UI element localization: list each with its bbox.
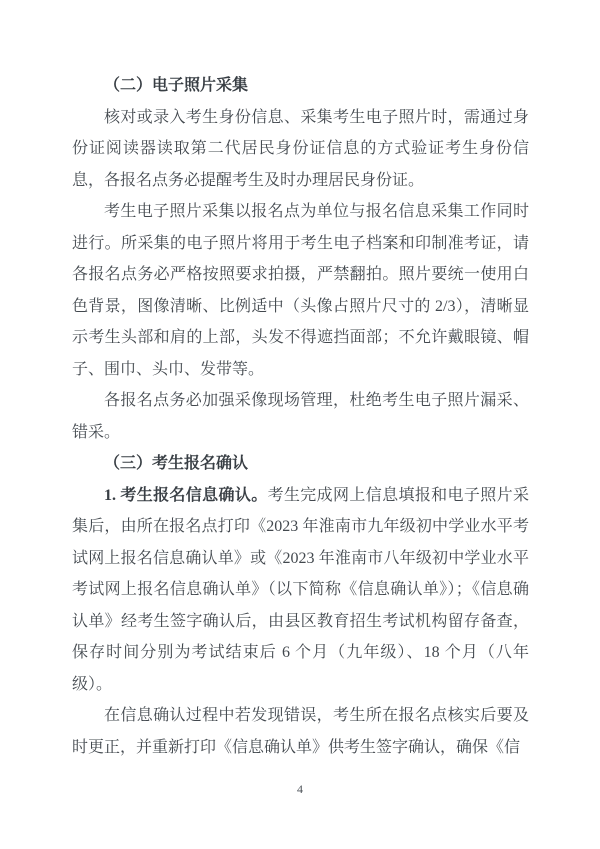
- paragraph: 各报名点务必加强采像现场管理，杜绝考生电子照片漏采、错采。: [72, 385, 529, 448]
- paragraph-bold-lead: 1. 考生报名信息确认。: [104, 487, 268, 504]
- paragraph: 核对或录入考生身份信息、采集考生电子照片时，需通过身份证阅读器读取第二代居民身份…: [72, 102, 529, 197]
- document-body: （二）电子照片采集核对或录入考生身份信息、采集考生电子照片时，需通过身份证阅读器…: [72, 70, 529, 763]
- page-number: 4: [0, 781, 600, 797]
- section-heading: （三）考生报名确认: [72, 448, 529, 480]
- document-page: （二）电子照片采集核对或录入考生身份信息、采集考生电子照片时，需通过身份证阅读器…: [0, 0, 600, 849]
- section-heading: （二）电子照片采集: [72, 70, 529, 102]
- paragraph: 在信息确认过程中若发现错误，考生所在报名点核实后要及时更正，并重新打印《信息确认…: [72, 700, 529, 763]
- paragraph: 考生电子照片采集以报名点为单位与报名信息采集工作同时进行。所采集的电子照片将用于…: [72, 196, 529, 385]
- paragraph: 1. 考生报名信息确认。考生完成网上信息填报和电子照片采集后，由所在报名点打印《…: [72, 480, 529, 701]
